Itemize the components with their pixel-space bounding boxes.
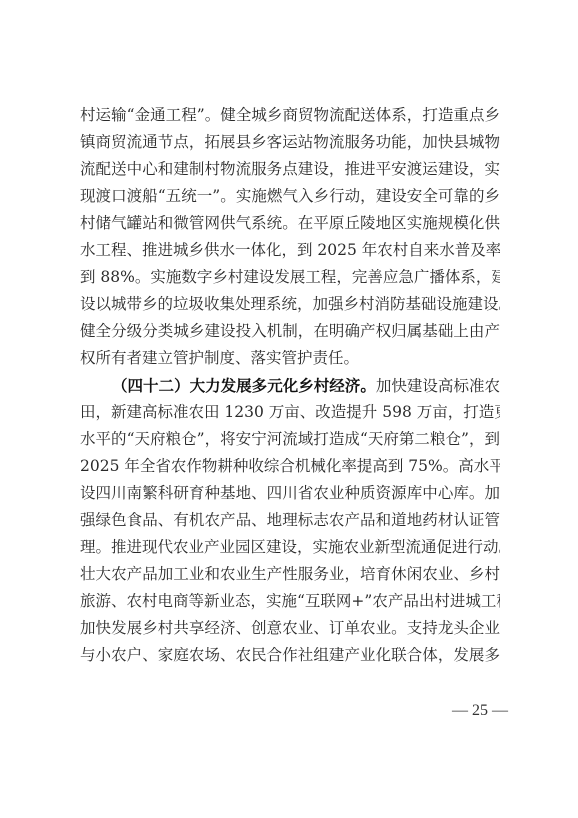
text-line: 田，新建高标准农田 1230 万亩、改造提升 598 万亩，打造更高 bbox=[80, 399, 500, 426]
page-number: — 25 — bbox=[452, 702, 508, 720]
text-line: 旅游、农村电商等新业态，实施“互联网+”农产品出村进城工程， bbox=[80, 588, 500, 615]
text-line: 水平的“天府粮仓”，将安宁河流域打造成“天府第二粮仓”，到 bbox=[80, 426, 500, 453]
text-line: 壮大农产品加工业和农业生产性服务业，培育休闲农业、乡村 bbox=[80, 561, 500, 588]
text-line: 镇商贸流通节点，拓展县乡客运站物流服务功能，加快县城物 bbox=[80, 129, 500, 156]
text-line: 现渡口渡船“五统一”。实施燃气入乡行动，建设安全可靠的乡 bbox=[80, 183, 500, 210]
text-line: 权所有者建立管护制度、落实管护责任。 bbox=[80, 345, 500, 372]
text-line: 村储气罐站和微管网供气系统。在平原丘陵地区实施规模化供 bbox=[80, 210, 500, 237]
body-text: 村运输“金通工程”。健全城乡商贸物流配送体系，打造重点乡 镇商贸流通节点，拓展县… bbox=[80, 102, 500, 669]
section-heading: （四十二）大力发展多元化乡村经济。 bbox=[112, 376, 376, 395]
text-line: 强绿色食品、有机农产品、地理标志农产品和道地药材认证管 bbox=[80, 507, 500, 534]
text-run: 加快建设高标准农 bbox=[376, 377, 500, 395]
text-line: 设四川南繁科研育种基地、四川省农业种质资源库中心库。加 bbox=[80, 480, 500, 507]
text-line: 流配送中心和建制村物流服务点建设，推进平安渡运建设，实 bbox=[80, 156, 500, 183]
text-line: 加快发展乡村共享经济、创意农业、订单农业。支持龙头企业 bbox=[80, 615, 500, 642]
text-line: 设以城带乡的垃圾收集处理系统，加强乡村消防基础设施建设。 bbox=[80, 291, 500, 318]
text-line: 村运输“金通工程”。健全城乡商贸物流配送体系，打造重点乡 bbox=[80, 102, 500, 129]
text-line: 2025 年全省农作物耕种收综合机械化率提高到 75%。高水平建 bbox=[80, 453, 500, 480]
section-first-line: （四十二）大力发展多元化乡村经济。加快建设高标准农 bbox=[80, 372, 500, 399]
text-line: 健全分级分类城乡建设投入机制，在明确产权归属基础上由产 bbox=[80, 318, 500, 345]
text-line: 与小农户、家庭农场、农民合作社组建产业化联合体，发展多 bbox=[80, 642, 500, 669]
text-line: 理。推进现代农业产业园区建设，实施农业新型流通促进行动。 bbox=[80, 534, 500, 561]
text-line: 水工程、推进城乡供水一体化，到 2025 年农村自来水普及率达 bbox=[80, 237, 500, 264]
document-page: 村运输“金通工程”。健全城乡商贸物流配送体系，打造重点乡 镇商贸流通节点，拓展县… bbox=[0, 0, 578, 818]
text-line: 到 88%。实施数字乡村建设发展工程，完善应急广播体系，建 bbox=[80, 264, 500, 291]
